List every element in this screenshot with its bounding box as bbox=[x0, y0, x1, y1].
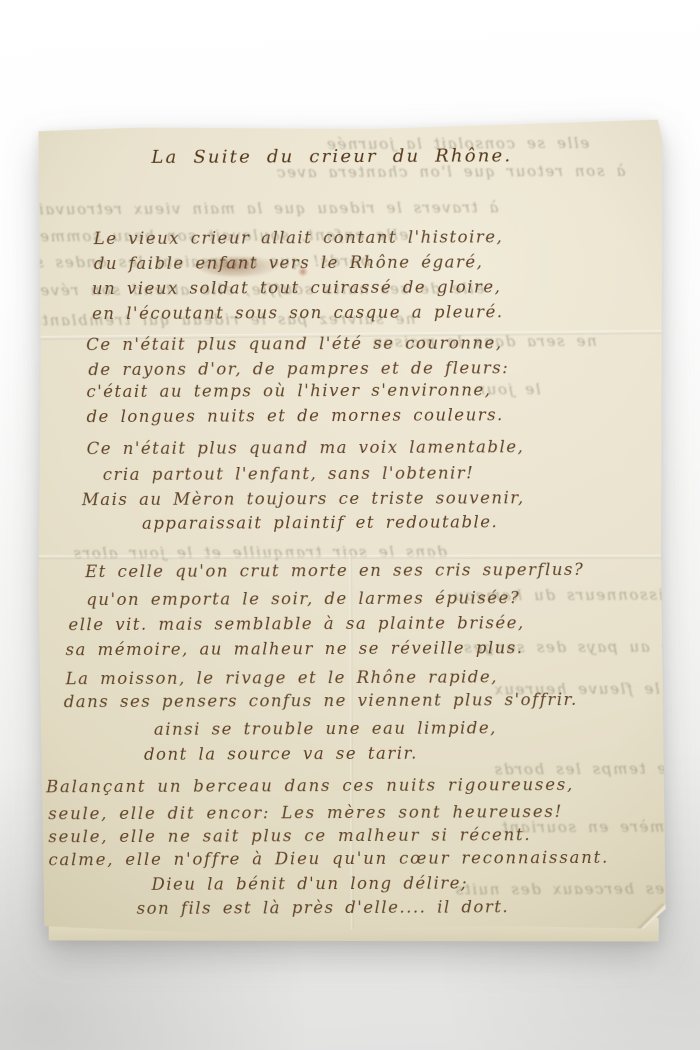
poem-line: Et celle qu'on crut morte en ses cris su… bbox=[85, 560, 584, 582]
manuscript-sheet-wrapper: elle se consolait la journée à son retou… bbox=[35, 120, 666, 935]
poem-line: cria partout l'enfant, sans l'obtenir! bbox=[103, 463, 475, 484]
poem-line: un vieux soldat tout cuirassé de gloire, bbox=[92, 277, 501, 299]
poem-line: de rayons d'or, de pampres et de fleurs: bbox=[88, 358, 509, 380]
poem-line: calme, elle n'offre à Dieu qu'un cœur re… bbox=[48, 848, 609, 870]
photo-backdrop: elle se consolait la journée à son retou… bbox=[0, 0, 700, 1050]
poem-line: en l'écoutant sous son casque a pleuré. bbox=[92, 302, 504, 324]
poem-line: La moisson, le rivage et le Rhône rapide… bbox=[66, 667, 498, 689]
poem-line: apparaissait plaintif et redoutable. bbox=[142, 512, 498, 533]
poem-line: dont la source va se tarir. bbox=[144, 744, 418, 765]
poem-line: seule, elle dit encor: Les mères sont he… bbox=[48, 802, 563, 824]
poem-line: Ce n'était plus quand ma voix lamentable… bbox=[87, 437, 525, 459]
poem-line: ainsi se trouble une eau limpide, bbox=[154, 718, 497, 739]
poem-line: qu'on emporta le soir, de larmes épuisée… bbox=[86, 588, 520, 610]
poem-title: La Suite du crieur du Rhône. bbox=[151, 145, 512, 168]
handwritten-text-layer: La Suite du crieur du Rhône. Le vieux cr… bbox=[35, 120, 666, 935]
bleedthrough-layer: elle se consolait la journée à son retou… bbox=[35, 120, 662, 123]
poem-line: Dieu la bénit d'un long délire; bbox=[152, 873, 469, 894]
poem-line: seule, elle ne sait plus ce malheur si r… bbox=[48, 825, 531, 847]
poem-line: Ce n'était plus quand l'été se couronne, bbox=[86, 333, 502, 355]
poem-line: Balançant un berceau dans ces nuits rigo… bbox=[46, 775, 574, 797]
manuscript-page: elle se consolait la journée à son retou… bbox=[35, 120, 666, 935]
poem-line: son fils est là près d'elle.... il dort. bbox=[137, 897, 510, 918]
poem-line: Le vieux crieur allait contant l'histoir… bbox=[94, 227, 504, 249]
poem-line: sa mémoire, au malheur ne se réveille pl… bbox=[65, 638, 523, 660]
poem-line: de longues nuits et de mornes couleurs. bbox=[86, 405, 503, 427]
poem-line: Mais au Mèron toujours ce triste souveni… bbox=[82, 488, 525, 510]
poem-line: c'était au temps où l'hiver s'environne, bbox=[86, 380, 491, 402]
poem-line: elle vit. mais semblable à sa plainte br… bbox=[68, 613, 524, 635]
poem-line: dans ses pensers confus ne viennent plus… bbox=[64, 690, 578, 712]
poem-line: du faible enfant vers le Rhône égaré, bbox=[94, 252, 484, 273]
